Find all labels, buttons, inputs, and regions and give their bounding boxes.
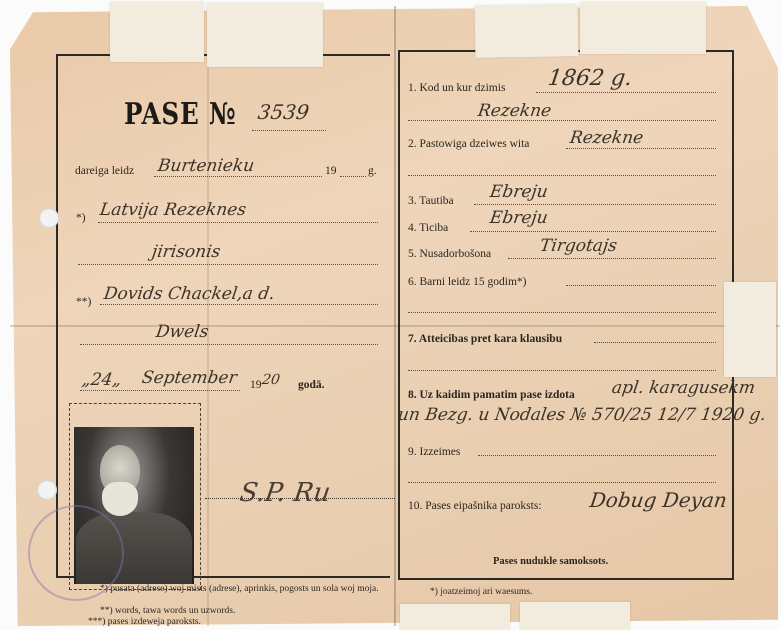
field-6-label: 6. Barni leidz 15 godim*) bbox=[408, 276, 527, 288]
field-8-label: 8. Uz kaidim pamatim pase izdota bbox=[408, 389, 575, 401]
place-value: Latvija Rezeknes bbox=[99, 200, 248, 220]
tape-top-center bbox=[207, 3, 323, 67]
year-prefix: 19 bbox=[325, 165, 337, 177]
year-suffix: g. bbox=[368, 165, 377, 177]
field-1-label: 1. Kod un kur dzimis bbox=[408, 82, 505, 94]
field-7-label: 7. Atteicibas pret kara klausibu bbox=[408, 333, 562, 345]
field-9-line2 bbox=[408, 482, 716, 483]
field-1-line2 bbox=[408, 120, 716, 121]
field-8-value: apl. karagusekm bbox=[611, 378, 757, 398]
tape-top-right-b bbox=[580, 2, 706, 54]
passport-title: PASE № bbox=[124, 97, 237, 132]
date-year-prefix: 19 bbox=[250, 379, 262, 391]
date-line bbox=[80, 390, 240, 391]
holder-name-line bbox=[100, 304, 378, 305]
field-1-value: 1862 g. bbox=[546, 66, 634, 91]
center-fold bbox=[394, 6, 396, 626]
right-footnote: *) joatzeimoj ari waesums. bbox=[430, 587, 532, 597]
field-7-line2 bbox=[408, 370, 716, 371]
issued-by-line bbox=[154, 176, 322, 177]
punch-hole-top bbox=[39, 208, 59, 228]
issued-by-label: dareiga leidz bbox=[75, 165, 134, 177]
surname-value: Dwels bbox=[155, 322, 210, 342]
year-line bbox=[340, 176, 366, 177]
field-1-value2: Rezekne bbox=[477, 101, 553, 121]
line1-marker: *) bbox=[76, 212, 86, 224]
parish-value: jirisonis bbox=[151, 242, 222, 262]
date-month: September bbox=[141, 368, 238, 388]
field-5-line bbox=[508, 258, 716, 259]
tape-top-left bbox=[110, 2, 204, 62]
field-5-value: Tirgotajs bbox=[539, 236, 619, 256]
holder-name: Dovids Chackel,a d. bbox=[103, 284, 276, 304]
field-7-line bbox=[594, 342, 716, 343]
field-10-label: 10. Pases eipašnika paroksts: bbox=[408, 500, 542, 512]
footnote-1: *) pusata (adrese) woj mists (adrese), a… bbox=[100, 584, 379, 594]
tape-bottom-a bbox=[400, 604, 510, 630]
tape-right-edge bbox=[724, 282, 776, 377]
field-4-label: 4. Ticiba bbox=[408, 222, 448, 234]
footnote-2: **) words, tawa words un uzwords. bbox=[100, 606, 235, 616]
field-4-value: Ebreju bbox=[489, 208, 550, 228]
field-9-line bbox=[478, 455, 716, 456]
passport-number: 3539 bbox=[256, 100, 310, 124]
field-2-value: Rezekne bbox=[569, 128, 645, 148]
field-6-line2 bbox=[408, 312, 716, 313]
field-2-line2 bbox=[408, 175, 716, 176]
issued-by-value: Burtenieku bbox=[157, 156, 256, 176]
date-day: „24„ bbox=[81, 370, 123, 390]
tape-top-right-a bbox=[475, 4, 579, 58]
date-suffix: godā. bbox=[298, 379, 325, 391]
fee-note: Pases nudukle samoksots. bbox=[493, 556, 608, 567]
tape-bottom-b bbox=[520, 602, 630, 630]
field-9-label: 9. Izzeimes bbox=[408, 446, 460, 458]
issuer-signature: S.P. Ru bbox=[238, 478, 332, 508]
line3-marker: **) bbox=[76, 296, 91, 308]
number-line bbox=[252, 130, 326, 131]
field-2-label: 2. Pastowiga dzeiwes wita bbox=[408, 138, 529, 150]
surname-line bbox=[80, 344, 378, 345]
holder-signature: Dobug Deyan bbox=[588, 488, 728, 512]
field-1-line bbox=[536, 92, 716, 93]
field-4-line bbox=[470, 231, 716, 232]
field-5-label: 5. Nusadorbošona bbox=[408, 248, 491, 260]
place-line bbox=[98, 222, 378, 223]
field-2-line bbox=[566, 148, 716, 149]
field-8-value2: un Bezg. u Nodales № 570/25 12/7 1920 g. bbox=[397, 405, 768, 425]
date-year-suffix: 20 bbox=[261, 372, 281, 388]
parish-line bbox=[78, 264, 378, 265]
field-3-line bbox=[474, 204, 716, 205]
punch-hole-bottom bbox=[37, 480, 57, 500]
field-3-value: Ebreju bbox=[489, 182, 550, 202]
field-6-line bbox=[566, 285, 716, 286]
footnote-3: ***) pases izdeweja paroksts. bbox=[88, 617, 201, 627]
field-3-label: 3. Tautiba bbox=[408, 195, 454, 207]
